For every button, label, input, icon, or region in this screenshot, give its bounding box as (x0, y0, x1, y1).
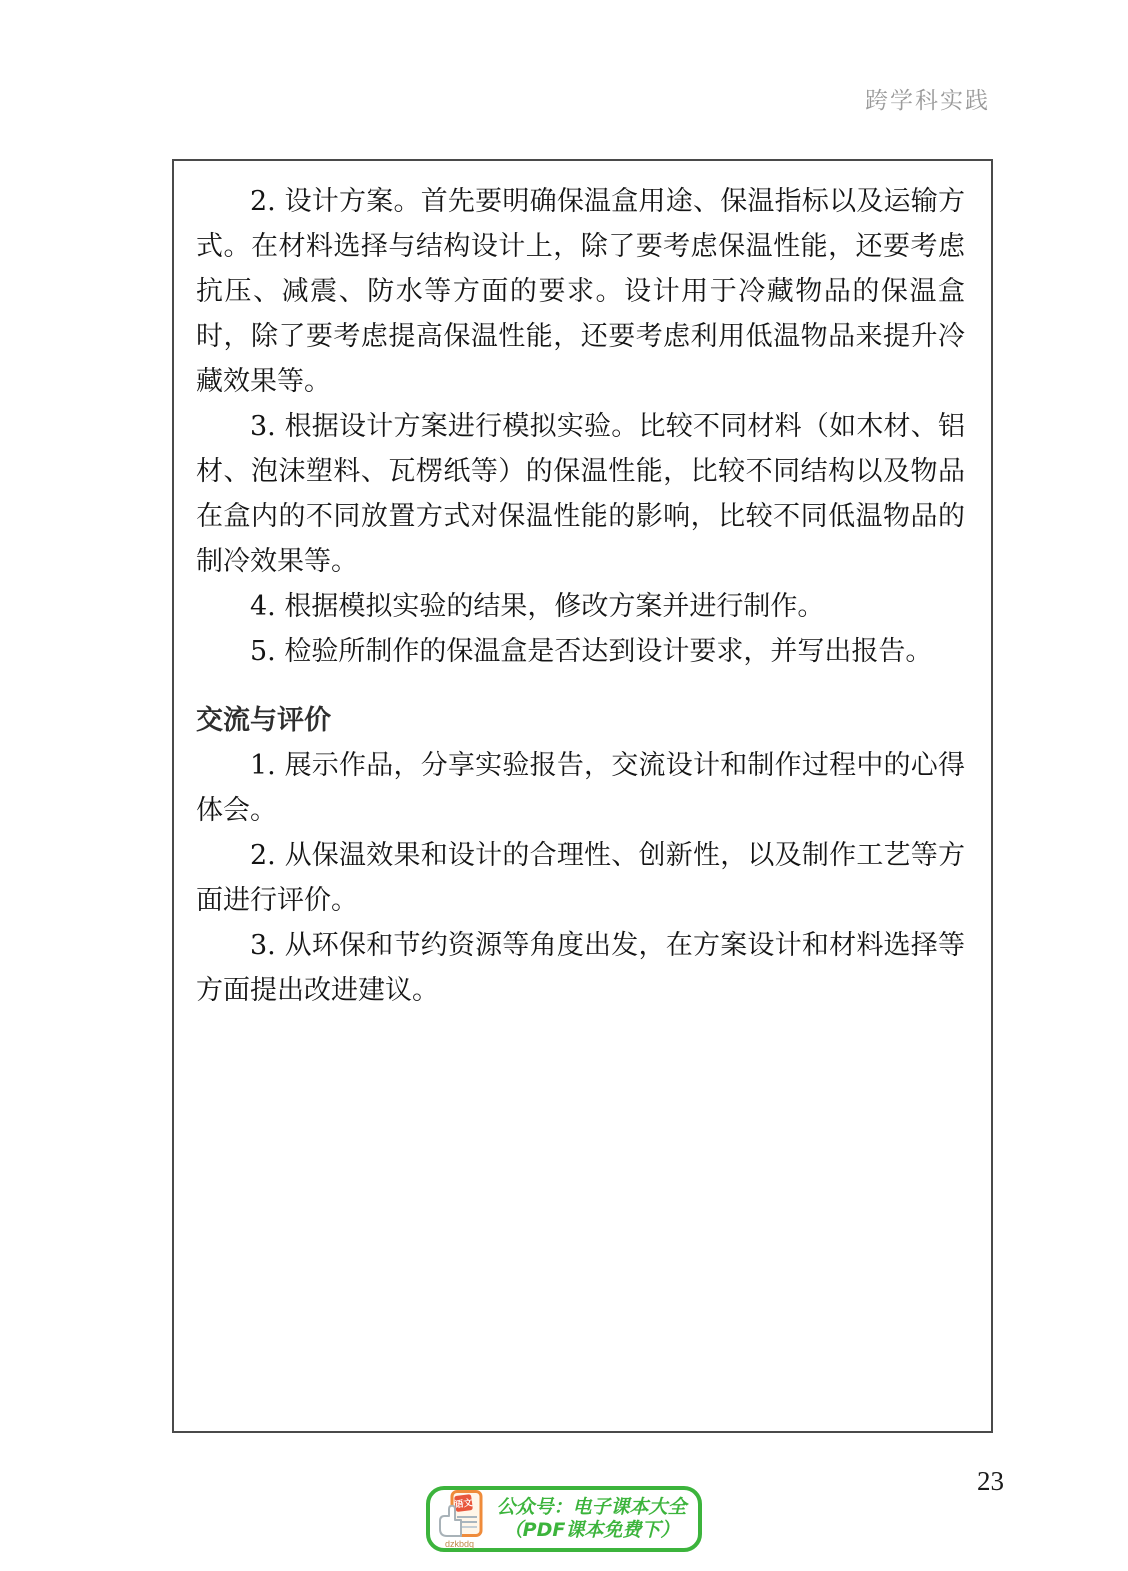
icon-caption: dzkbdq (445, 1539, 474, 1549)
wechat-account-badge: 语文 dzkbdq 公众号：电子课本大全 （PDF课本免费下） (426, 1486, 702, 1552)
paragraph-share-works: 1. 展示作品，分享实验报告，交流设计和制作过程中的心得体会。 (196, 743, 965, 833)
paragraph-simulation-experiment: 3. 根据设计方案进行模拟实验。比较不同材料（如木材、铝材、泡沫塑料、瓦楞纸等）… (196, 404, 965, 584)
content-box: 2. 设计方案。首先要明确保温盒用途、保温指标以及运输方式。在材料选择与结构设计… (172, 159, 993, 1433)
badge-text: 公众号：电子课本大全 （PDF课本免费下） (493, 1496, 690, 1542)
tablet-in-hand-graphic: 语文 (435, 1490, 489, 1540)
section-heading: 交流与评价 (196, 698, 965, 743)
badge-line-pdf: （PDF课本免费下） (493, 1519, 690, 1542)
page-number: 23 (977, 1466, 1004, 1497)
tablet-label-text: 语文 (454, 1497, 473, 1510)
ebook-tablet-icon: 语文 dzkbdq (435, 1490, 489, 1548)
badge-line-account: 公众号：电子课本大全 (493, 1496, 690, 1519)
paragraph-improve-suggestions: 3. 从环保和节约资源等角度出发，在方案设计和材料选择等方面提出改进建议。 (196, 923, 965, 1013)
paragraph-test-and-report: 5. 检验所制作的保温盒是否达到设计要求，并写出报告。 (196, 629, 965, 674)
paragraph-design-plan: 2. 设计方案。首先要明确保温盒用途、保温指标以及运输方式。在材料选择与结构设计… (196, 179, 965, 404)
page-header-label: 跨学科实践 (865, 82, 990, 115)
paragraph-revise-and-make: 4. 根据模拟实验的结果，修改方案并进行制作。 (196, 584, 965, 629)
paragraph-evaluate: 2. 从保温效果和设计的合理性、创新性，以及制作工艺等方面进行评价。 (196, 833, 965, 923)
